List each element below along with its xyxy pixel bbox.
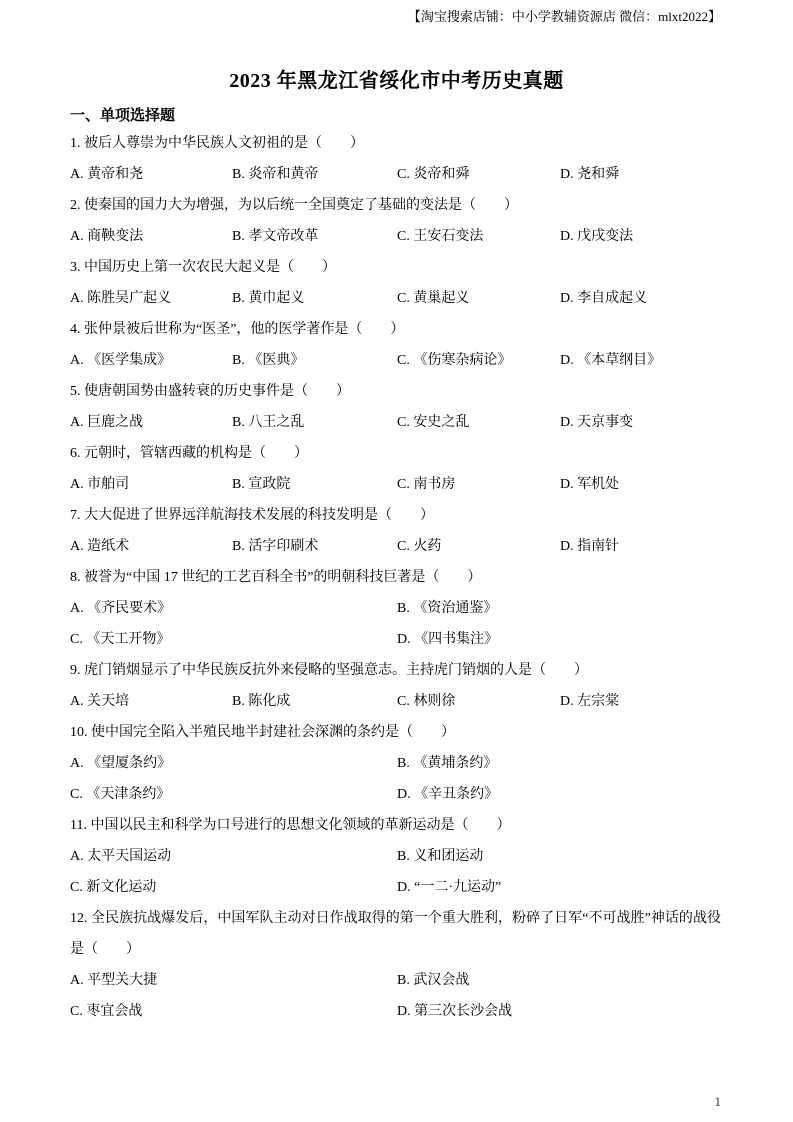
option-label: B.: [232, 229, 245, 244]
question-number: 9.: [70, 663, 81, 678]
option-text: 巨鹿之战: [87, 415, 143, 430]
option: A. 造纸术: [70, 531, 232, 562]
option-label: A.: [70, 694, 84, 709]
option-label: A.: [70, 601, 84, 616]
question-stem: 6. 元朝时，管辖西藏的机构是（ ）: [70, 438, 721, 469]
option-label: C.: [70, 1004, 83, 1019]
option: A. 巨鹿之战: [70, 407, 232, 438]
option-label: D.: [560, 415, 574, 430]
option: A. 平型关大捷: [70, 965, 397, 996]
option: C. 安史之乱: [397, 407, 560, 438]
question-stem-text: 张仲景被后世称为“医圣”，他的医学著作是（ ）: [84, 322, 404, 337]
option-text: 《医典》: [248, 353, 304, 368]
option-label: A.: [70, 167, 84, 182]
options-row: A. 黄帝和尧B. 炎帝和黄帝C. 炎帝和舜D. 尧和舜: [70, 159, 721, 190]
question-stem: 10. 使中国完全陷入半殖民地半封建社会深渊的条约是（ ）: [70, 717, 721, 748]
questions: 1. 被后人尊崇为中华民族人文初祖的是（ ） A. 黄帝和尧B. 炎帝和黄帝C.…: [0, 128, 793, 1027]
question-stem-text: 被后人尊崇为中华民族人文初祖的是（ ）: [84, 136, 364, 151]
question-block: 9. 虎门销烟显示了中华民族反抗外来侵略的坚强意志。主持虎门销烟的人是（ ） A…: [70, 655, 721, 717]
question-number: 10.: [70, 725, 88, 740]
option-text: 炎帝和舜: [413, 167, 469, 182]
option-label: A.: [70, 973, 84, 988]
option-label: D.: [560, 167, 574, 182]
option-label: D.: [560, 353, 574, 368]
question-block: 8. 被誉为“中国 17 世纪的工艺百科全书”的明朝科技巨著是（ ） A. 《齐…: [70, 562, 721, 655]
option-text: 黄巢起义: [413, 291, 469, 306]
option-text: 尧和舜: [577, 167, 619, 182]
option: D. 戊戌变法: [560, 221, 721, 252]
question-block: 10. 使中国完全陷入半殖民地半封建社会深渊的条约是（ ） A. 《望厦条约》B…: [70, 717, 721, 810]
option-label: D.: [560, 291, 574, 306]
option: D. 指南针: [560, 531, 721, 562]
page: 【淘宝搜索店铺：中小学教辅资源店 微信：mlxt2022】 2023 年黑龙江省…: [0, 0, 793, 1122]
option-text: 造纸术: [87, 539, 129, 554]
option-text: 新文化运动: [86, 880, 156, 895]
option: D. 《四书集注》: [397, 624, 721, 655]
option-label: B.: [397, 849, 410, 864]
option-text: 天京事变: [577, 415, 633, 430]
option-label: A.: [70, 539, 84, 554]
option: B. 黄巾起义: [232, 283, 397, 314]
question-block: 4. 张仲景被后世称为“医圣”，他的医学著作是（ ） A. 《医学集成》B. 《…: [70, 314, 721, 376]
option-text: 《望厦条约》: [87, 756, 171, 771]
question-stem: 1. 被后人尊崇为中华民族人文初祖的是（ ）: [70, 128, 721, 159]
options-row: A. 市舶司B. 宣政院C. 南书房D. 军机处: [70, 469, 721, 500]
question-number: 11.: [70, 818, 87, 833]
option: C. 林则徐: [397, 686, 560, 717]
option-text: 义和团运动: [413, 849, 483, 864]
options-row: A. 太平天国运动B. 义和团运动C. 新文化运动D. “一二·九运动”: [70, 841, 721, 903]
option-text: 第三次长沙会战: [414, 1004, 512, 1019]
option: D. 军机处: [560, 469, 721, 500]
question-stem: 2. 使秦国的国力大为增强，为以后统一全国奠定了基础的变法是（ ）: [70, 190, 721, 221]
option: A. 市舶司: [70, 469, 232, 500]
question-block: 11. 中国以民主和科学为口号进行的思想文化领域的革新运动是（ ） A. 太平天…: [70, 810, 721, 903]
option: A. 《齐民要术》: [70, 593, 397, 624]
option-text: 指南针: [577, 539, 619, 554]
option-text: 《黄埔条约》: [413, 756, 497, 771]
option: D. 天京事变: [560, 407, 721, 438]
option: D. 尧和舜: [560, 159, 721, 190]
option-label: D.: [397, 787, 411, 802]
options-row: A. 《望厦条约》B. 《黄埔条约》C. 《天津条约》D. 《辛丑条约》: [70, 748, 721, 810]
question-block: 5. 使唐朝国势由盛转衰的历史事件是（ ） A. 巨鹿之战B. 八王之乱C. 安…: [70, 376, 721, 438]
option-text: 商鞅变法: [87, 229, 143, 244]
question-number: 6.: [70, 446, 81, 461]
option: D. 左宗棠: [560, 686, 721, 717]
question-stem: 5. 使唐朝国势由盛转衰的历史事件是（ ）: [70, 376, 721, 407]
option-label: C.: [397, 291, 410, 306]
question-stem-text: 使唐朝国势由盛转衰的历史事件是（ ）: [84, 384, 350, 399]
option-text: 八王之乱: [248, 415, 304, 430]
option-label: C.: [397, 353, 410, 368]
option-text: 太平天国运动: [87, 849, 171, 864]
option: A. 《望厦条约》: [70, 748, 397, 779]
question-stem: 8. 被誉为“中国 17 世纪的工艺百科全书”的明朝科技巨著是（ ）: [70, 562, 721, 593]
options-row: A. 商鞅变法B. 孝文帝改革C. 王安石变法D. 戊戌变法: [70, 221, 721, 252]
option: C. 炎帝和舜: [397, 159, 560, 190]
option-label: C.: [70, 880, 83, 895]
option-text: 《本草纲目》: [577, 353, 661, 368]
option: C. 南书房: [397, 469, 560, 500]
option-label: A.: [70, 291, 84, 306]
option-text: 平型关大捷: [87, 973, 157, 988]
question-stem-text: 使中国完全陷入半殖民地半封建社会深渊的条约是（ ）: [91, 725, 455, 740]
option-text: 枣宜会战: [86, 1004, 142, 1019]
options-row: A. 造纸术B. 活字印刷术C. 火药D. 指南针: [70, 531, 721, 562]
option: A. 商鞅变法: [70, 221, 232, 252]
question-block: 6. 元朝时，管辖西藏的机构是（ ） A. 市舶司B. 宣政院C. 南书房D. …: [70, 438, 721, 500]
option-label: B.: [232, 291, 245, 306]
option: B. 宣政院: [232, 469, 397, 500]
question-stem: 7. 大大促进了世界远洋航海技术发展的科技发明是（ ）: [70, 500, 721, 531]
option: D. 《辛丑条约》: [397, 779, 721, 810]
option-text: 《医学集成》: [87, 353, 171, 368]
option-text: 戊戌变法: [577, 229, 633, 244]
option-label: B.: [397, 601, 410, 616]
question-stem: 12. 全民族抗战爆发后，中国军队主动对日作战取得的第一个重大胜利，粉碎了日军“…: [70, 903, 721, 965]
option-text: 孝文帝改革: [248, 229, 318, 244]
option-label: A.: [70, 756, 84, 771]
option-text: 陈胜吴广起义: [87, 291, 171, 306]
option-text: 《天工开物》: [86, 632, 170, 647]
option-label: A.: [70, 353, 84, 368]
option-label: C.: [397, 539, 410, 554]
question-stem-text: 中国历史上第一次农民大起义是（ ）: [84, 260, 336, 275]
option: C. 《伤寒杂病论》: [397, 345, 560, 376]
question-stem-text: 被誉为“中国 17 世纪的工艺百科全书”的明朝科技巨著是（ ）: [84, 570, 481, 585]
options-row: A. 巨鹿之战B. 八王之乱C. 安史之乱D. 天京事变: [70, 407, 721, 438]
option: B. 《医典》: [232, 345, 397, 376]
option: B. 《黄埔条约》: [397, 748, 721, 779]
question-stem-text: 中国以民主和科学为口号进行的思想文化领域的革新运动是（ ）: [90, 818, 510, 833]
option: A. 黄帝和尧: [70, 159, 232, 190]
question-number: 1.: [70, 136, 81, 151]
option: C. 新文化运动: [70, 872, 397, 903]
option-label: D.: [560, 229, 574, 244]
question-number: 2.: [70, 198, 81, 213]
option: C. 火药: [397, 531, 560, 562]
options-row: A. 《医学集成》B. 《医典》C. 《伤寒杂病论》D. 《本草纲目》: [70, 345, 721, 376]
option: A. 《医学集成》: [70, 345, 232, 376]
option-label: C.: [70, 787, 83, 802]
option: D. 《本草纲目》: [560, 345, 721, 376]
option: C. 《天工开物》: [70, 624, 397, 655]
option-label: B.: [232, 694, 245, 709]
option-text: 《伤寒杂病论》: [413, 353, 511, 368]
option-text: 《资治通鉴》: [413, 601, 497, 616]
option-label: C.: [397, 415, 410, 430]
option-label: D.: [397, 880, 411, 895]
option-text: 军机处: [577, 477, 619, 492]
option-label: C.: [397, 694, 410, 709]
option-text: 宣政院: [248, 477, 290, 492]
option-text: 活字印刷术: [248, 539, 318, 554]
question-number: 4.: [70, 322, 81, 337]
option-label: A.: [70, 229, 84, 244]
option-label: A.: [70, 477, 84, 492]
option: C. 黄巢起义: [397, 283, 560, 314]
option-text: 左宗棠: [577, 694, 619, 709]
option: A. 陈胜吴广起义: [70, 283, 232, 314]
section-title: 一、单项选择题: [0, 104, 793, 128]
option-label: D.: [560, 694, 574, 709]
question-number: 7.: [70, 508, 81, 523]
option: B. 孝文帝改革: [232, 221, 397, 252]
option: D. 李自成起义: [560, 283, 721, 314]
option-label: B.: [397, 756, 410, 771]
question-number: 3.: [70, 260, 81, 275]
option: B. 武汉会战: [397, 965, 721, 996]
question-block: 2. 使秦国的国力大为增强，为以后统一全国奠定了基础的变法是（ ） A. 商鞅变…: [70, 190, 721, 252]
option: A. 关天培: [70, 686, 232, 717]
option-label: A.: [70, 415, 84, 430]
question-block: 7. 大大促进了世界远洋航海技术发展的科技发明是（ ） A. 造纸术B. 活字印…: [70, 500, 721, 562]
option: A. 太平天国运动: [70, 841, 397, 872]
option-text: 武汉会战: [413, 973, 469, 988]
question-block: 1. 被后人尊崇为中华民族人文初祖的是（ ） A. 黄帝和尧B. 炎帝和黄帝C.…: [70, 128, 721, 190]
question-stem: 9. 虎门销烟显示了中华民族反抗外来侵略的坚强意志。主持虎门销烟的人是（ ）: [70, 655, 721, 686]
option-label: B.: [232, 539, 245, 554]
option-text: 黄帝和尧: [87, 167, 143, 182]
option-text: 陈化成: [248, 694, 290, 709]
question-stem: 4. 张仲景被后世称为“医圣”，他的医学著作是（ ）: [70, 314, 721, 345]
option-label: D.: [560, 477, 574, 492]
question-stem: 11. 中国以民主和科学为口号进行的思想文化领域的革新运动是（ ）: [70, 810, 721, 841]
option: C. 王安石变法: [397, 221, 560, 252]
option: B. 义和团运动: [397, 841, 721, 872]
option: B. 《资治通鉴》: [397, 593, 721, 624]
option-text: 南书房: [413, 477, 455, 492]
option-text: 关天培: [87, 694, 129, 709]
option-text: 安史之乱: [413, 415, 469, 430]
options-row: A. 陈胜吴广起义B. 黄巾起义C. 黄巢起义D. 李自成起义: [70, 283, 721, 314]
question-stem: 3. 中国历史上第一次农民大起义是（ ）: [70, 252, 721, 283]
options-row: A. 关天培B. 陈化成C. 林则徐D. 左宗棠: [70, 686, 721, 717]
option-text: 李自成起义: [577, 291, 647, 306]
question-number: 5.: [70, 384, 81, 399]
option-label: C.: [397, 167, 410, 182]
option-text: 王安石变法: [413, 229, 483, 244]
option-label: D.: [560, 539, 574, 554]
question-stem-text: 虎门销烟显示了中华民族反抗外来侵略的坚强意志。主持虎门销烟的人是（ ）: [84, 663, 588, 678]
question-block: 12. 全民族抗战爆发后，中国军队主动对日作战取得的第一个重大胜利，粉碎了日军“…: [70, 903, 721, 1027]
option-text: 火药: [413, 539, 441, 554]
option-label: B.: [232, 167, 245, 182]
option-label: C.: [397, 477, 410, 492]
option-label: B.: [232, 477, 245, 492]
question-stem-text: 使秦国的国力大为增强，为以后统一全国奠定了基础的变法是（ ）: [84, 198, 518, 213]
option-text: 市舶司: [87, 477, 129, 492]
option: D. 第三次长沙会战: [397, 996, 721, 1027]
options-row: A. 平型关大捷B. 武汉会战C. 枣宜会战D. 第三次长沙会战: [70, 965, 721, 1027]
option-label: A.: [70, 849, 84, 864]
option-label: B.: [232, 353, 245, 368]
option-text: 《齐民要术》: [87, 601, 171, 616]
page-number: 1: [715, 1094, 722, 1110]
option-label: C.: [397, 229, 410, 244]
shop-notice: 【淘宝搜索店铺：中小学教辅资源店 微信：mlxt2022】: [408, 8, 721, 25]
question-stem-text: 大大促进了世界远洋航海技术发展的科技发明是（ ）: [84, 508, 434, 523]
question-number: 12.: [70, 911, 88, 926]
option: C. 枣宜会战: [70, 996, 397, 1027]
option: B. 活字印刷术: [232, 531, 397, 562]
option-text: 《四书集注》: [414, 632, 498, 647]
option-text: “一二·九运动”: [414, 880, 501, 895]
option: B. 八王之乱: [232, 407, 397, 438]
option: D. “一二·九运动”: [397, 872, 721, 903]
question-stem-text: 全民族抗战爆发后，中国军队主动对日作战取得的第一个重大胜利，粉碎了日军“不可战胜…: [70, 911, 721, 957]
question-number: 8.: [70, 570, 81, 585]
option-label: C.: [70, 632, 83, 647]
option-label: D.: [397, 632, 411, 647]
option: C. 《天津条约》: [70, 779, 397, 810]
question-block: 3. 中国历史上第一次农民大起义是（ ） A. 陈胜吴广起义B. 黄巾起义C. …: [70, 252, 721, 314]
option: B. 炎帝和黄帝: [232, 159, 397, 190]
option: B. 陈化成: [232, 686, 397, 717]
question-stem-text: 元朝时，管辖西藏的机构是（ ）: [84, 446, 308, 461]
option-text: 《天津条约》: [86, 787, 170, 802]
option-text: 炎帝和黄帝: [248, 167, 318, 182]
option-text: 《辛丑条约》: [414, 787, 498, 802]
option-label: B.: [397, 973, 410, 988]
option-label: B.: [232, 415, 245, 430]
option-text: 黄巾起义: [248, 291, 304, 306]
option-label: D.: [397, 1004, 411, 1019]
options-row: A. 《齐民要术》B. 《资治通鉴》C. 《天工开物》D. 《四书集注》: [70, 593, 721, 655]
option-text: 林则徐: [413, 694, 455, 709]
